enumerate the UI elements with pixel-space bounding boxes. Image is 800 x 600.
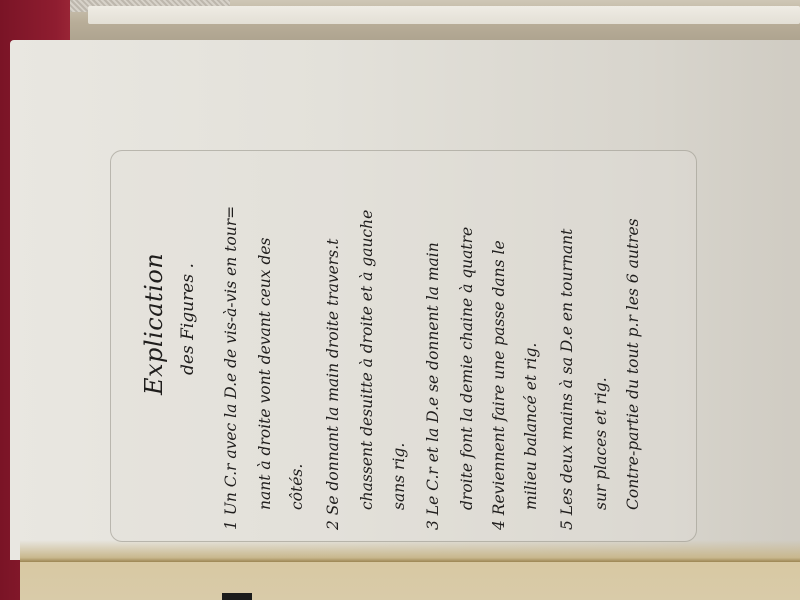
engraved-text-block: Explication des Figures . 1 Un C.r avec …	[140, 140, 660, 540]
text-line: sans rig.	[390, 443, 408, 510]
text-line: côtés.	[288, 464, 306, 510]
text-line: 5 Les deux mains à sa D.e en tournant	[558, 229, 576, 530]
text-line: 2 Se donnant la main droite travers.t	[324, 239, 342, 530]
text-line: milieu balancé et rig.	[522, 343, 540, 510]
text-line: 1 Un C.r avec la D.e de vis-à-vis en tou…	[222, 206, 240, 530]
page-gutter-shadow	[20, 540, 800, 562]
text-line: droite font la demie chaine à quatre	[458, 227, 476, 510]
underlying-print-mark	[222, 593, 252, 600]
text-line: 4 Reviennent faire une passe dans le	[490, 240, 508, 530]
text-line: 3 Le C.r et la D.e se donnent la main	[424, 242, 442, 530]
text-line: nant à droite vont devant ceux des	[256, 238, 274, 511]
underlying-page	[20, 560, 800, 600]
text-line: Contre-partie du tout p.r les 6 autres	[624, 218, 642, 510]
text-line: chassent desuitte à droite et à gauche	[358, 210, 376, 510]
text-line: sur places et rig.	[592, 377, 610, 510]
top-sheet-edge	[88, 6, 800, 24]
document-title: Explication	[140, 253, 168, 395]
document-subtitle: des Figures .	[178, 263, 198, 375]
